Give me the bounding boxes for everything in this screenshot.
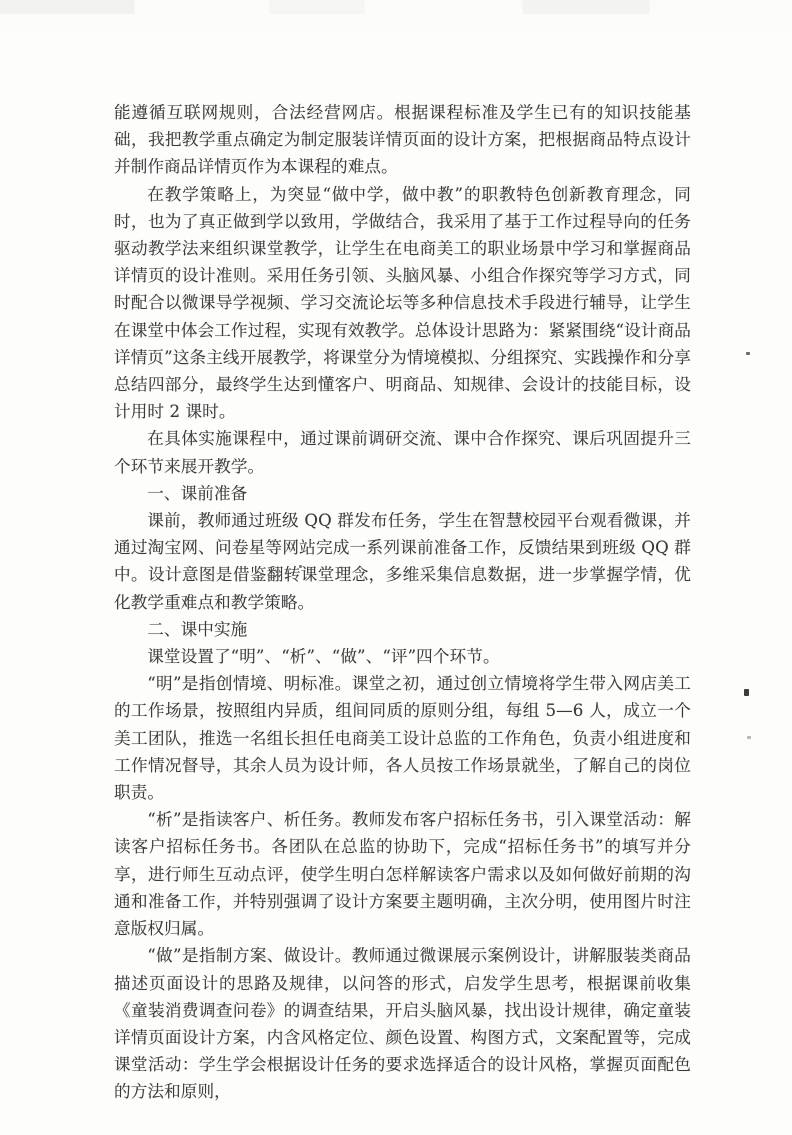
paragraph-stage-zuo: “做”是指制方案、做设计。教师通过微课展示案例设计，讲解服装类商品描述页面设计的… (114, 942, 691, 1105)
scan-speck (747, 736, 751, 739)
paragraph-pre-class-preparation: 课前，教师通过班级 QQ 群发布任务，学生在智慧校园平台观看微课，并通过淘宝网、… (114, 507, 691, 616)
paragraph-continuation: 能遵循互联网规则，合法经营网店。根据课程标准及学生已有的知识技能基础，我把教学重… (114, 99, 691, 181)
page-background: 能遵循互联网规则，合法经营网店。根据课程标准及学生已有的知识技能基础，我把教学重… (0, 0, 792, 1135)
document-text-block: 能遵循互联网规则，合法经营网店。根据课程标准及学生已有的知识技能基础，我把教学重… (114, 99, 691, 1106)
scan-speck (299, 565, 302, 568)
scan-speck (744, 689, 749, 696)
paragraph-implementation-overview: 在具体实施课程中，通过课前调研交流、课中合作探究、课后巩固提升三个环节来展开教学… (114, 425, 691, 479)
section-heading-in-class: 二、课中实施 (114, 616, 691, 643)
paragraph-teaching-strategy: 在教学策略上，为突显“做中学，做中教”的职教特色创新教育理念，同时，也为了真正做… (114, 181, 691, 426)
paragraph-four-stages: 课堂设置了“明”、“析”、“做”、“评”四个环节。 (114, 643, 691, 670)
paragraph-stage-ming: “明”是指创情境、明标准。课堂之初，通过创立情境将学生带入网店美工的工作场景，按… (114, 670, 691, 806)
section-heading-pre-class: 一、课前准备 (114, 480, 691, 507)
scan-edge-noise (0, 0, 792, 14)
scan-speck (746, 352, 750, 355)
scanned-document-page: { "page": { "background_color": "#fcfcfa… (0, 0, 792, 1135)
paragraph-stage-xi: “析”是指读客户、析任务。教师发布客户招标任务书，引入课堂活动：解读客户招标任务… (114, 806, 691, 942)
